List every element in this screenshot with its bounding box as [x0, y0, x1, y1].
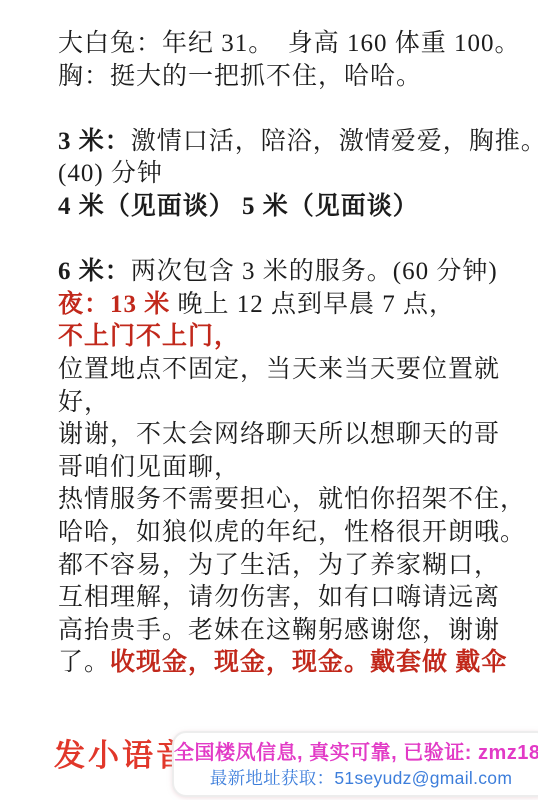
text-segment: 4 米（见面谈） 5 米（见面谈）	[58, 193, 419, 220]
text-segment: 3 米：	[58, 128, 131, 155]
text-segment: 两次包含 3 米的服务。(60 分钟)	[131, 258, 498, 285]
text-segment: 好，	[58, 389, 110, 416]
text-line: 好，	[58, 387, 538, 420]
text-segment: 哈哈，如狼似虎的年纪，性格很开朗哦。	[58, 519, 526, 546]
text-segment: 胸：挺大的一把抓不住，哈哈。	[58, 63, 422, 90]
text-line: 谢谢，不太会网络聊天所以想聊天的哥	[58, 419, 538, 452]
text-line: 4 米（见面谈） 5 米（见面谈）	[58, 191, 538, 224]
text-segment: 互相理解，请勿伤害，如有口嗨请远离	[58, 584, 500, 611]
text-line: 热情服务不需要担心，就怕你招架不住，	[58, 484, 538, 517]
text-line: (40) 分钟	[58, 158, 538, 191]
text-line: 位置地点不固定，当天来当天要位置就	[58, 354, 538, 387]
text-line: 6 米：两次包含 3 米的服务。(60 分钟)	[58, 256, 538, 289]
text-segment: 激情口活，陪浴，激情爱爱，胸推。	[131, 128, 538, 155]
verification-info: 全国楼凤信息, 真实可靠, 已验证: zmz18.cc	[174, 740, 538, 766]
text-line: 高抬贵手。老妹在这鞠躬感谢您，谢谢	[58, 615, 538, 648]
flyer-page: 大白兔：年纪 31。 身高 160 体重 100。胸：挺大的一把抓不住，哈哈。3…	[0, 0, 538, 800]
text-segment: 6 米：	[58, 258, 131, 285]
highlighted-text: 夜：13 米	[58, 291, 178, 318]
text-segment: (40) 分钟	[58, 160, 163, 187]
text-segment: 高抬贵手。老妹在这鞠躬感谢您，谢谢	[58, 617, 500, 644]
text-line: 大白兔：年纪 31。 身高 160 体重 100。	[58, 28, 538, 61]
text-segment: 哥咱们见面聊，	[58, 454, 240, 481]
text-line: 胸：挺大的一把抓不住，哈哈。	[58, 61, 538, 94]
text-line: 都不容易，为了生活，为了养家糊口，	[58, 550, 538, 583]
text-segment: 了。	[58, 649, 110, 676]
highlighted-text: 不上门不上门，	[58, 323, 240, 350]
text-line: 夜：13 米 晚上 12 点到早晨 7 点，	[58, 289, 538, 322]
body-text: 大白兔：年纪 31。 身高 160 体重 100。胸：挺大的一把抓不住，哈哈。3…	[58, 28, 538, 680]
highlighted-text: 收现金，现金，现金。戴套做 戴伞	[110, 649, 507, 676]
voice-note-label: 发小语音	[54, 738, 190, 774]
text-line: 不上门不上门，	[58, 321, 538, 354]
text-segment: 位置地点不固定，当天来当天要位置就	[58, 356, 500, 383]
footer: 发小语音 全国楼凤信息, 真实可靠, 已验证: zmz18.cc 最新地址获取：…	[0, 720, 538, 800]
text-line: 3 米：激情口活，陪浴，激情爱爱，胸推。	[58, 126, 538, 159]
text-line: 哈哈，如狼似虎的年纪，性格很开朗哦。	[58, 517, 538, 550]
text-segment: 都不容易，为了生活，为了养家糊口，	[58, 552, 500, 579]
text-segment: 大白兔：年纪 31。 身高 160 体重 100。	[58, 30, 521, 57]
text-segment: 晚上 12 点到早晨 7 点，	[178, 291, 456, 318]
text-line: 哥咱们见面聊，	[58, 452, 538, 485]
text-line: 了。收现金，现金，现金。戴套做 戴伞	[58, 647, 538, 680]
text-line: 互相理解，请勿伤害，如有口嗨请远离	[58, 582, 538, 615]
text-segment: 谢谢，不太会网络聊天所以想聊天的哥	[58, 421, 500, 448]
contact-email: 最新地址获取：51seyudz@gmail.com	[174, 766, 538, 790]
footer-card: 全国楼凤信息, 真实可靠, 已验证: zmz18.cc 最新地址获取：51sey…	[172, 731, 538, 797]
text-segment: 热情服务不需要担心，就怕你招架不住，	[58, 486, 526, 513]
